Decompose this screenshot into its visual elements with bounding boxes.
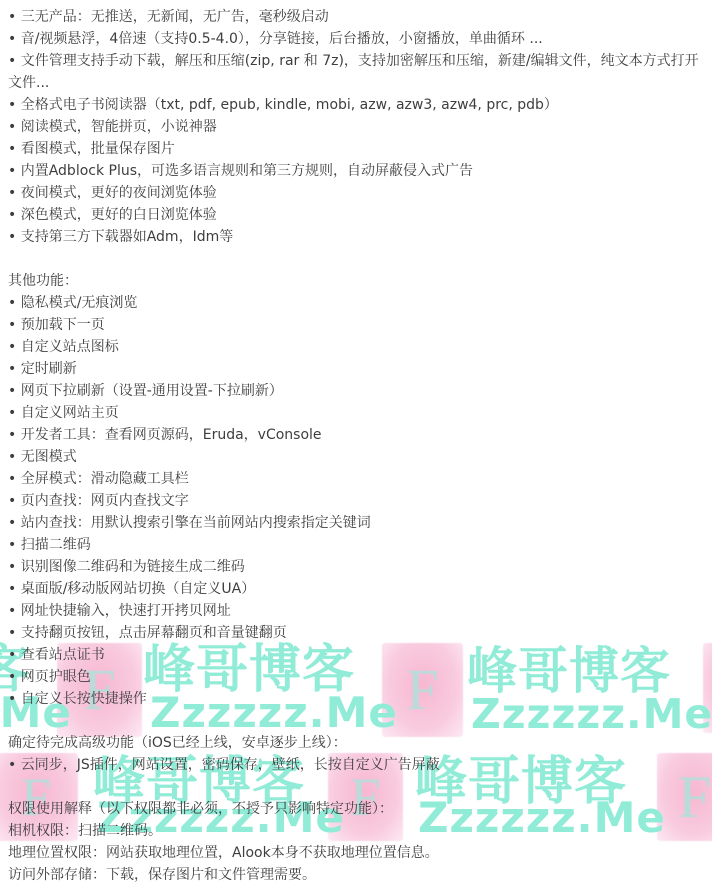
list-item-text: 查看站点证书 — [21, 647, 105, 663]
list-item-text: 扫描二维码 — [21, 537, 91, 553]
feature-list-document: • 三无产品：无推送，无新闻，无广告，毫秒级启动 • 音/视频悬浮，4倍速（支持… — [0, 0, 712, 884]
list-item-text: 文件管理支持手动下载，解压和压缩(zip, rar 和 7z)，支持加密解压和压… — [8, 53, 699, 91]
bullet-marker: • — [8, 383, 21, 399]
document-page: F F F F F F 峰哥博客峰哥博客峰哥博客峰哥博客峰哥博客Zzzzzz.M… — [0, 0, 712, 884]
list-item-text: 网页护眼色 — [21, 669, 91, 685]
list-item-text: 网页下拉刷新（设置-通用设置-下拉刷新） — [21, 383, 283, 399]
list-item-text: 内置Adblock Plus，可选多语言规则和第三方规则，自动屏蔽侵入式广告 — [21, 163, 473, 179]
list-item: • 全屏模式：滑动隐藏工具栏 — [8, 468, 706, 490]
list-item-text: 音/视频悬浮，4倍速（支持0.5-4.0），分享链接，后台播放，小窗播放，单曲循… — [21, 31, 543, 47]
bullet-marker: • — [8, 427, 21, 443]
list-item: • 自定义长按快捷操作 — [8, 688, 706, 710]
list-item: • 识别图像二维码和为链接生成二维码 — [8, 556, 706, 578]
list-item-text: 深色模式，更好的白日浏览体验 — [21, 207, 217, 223]
list-item: • 站内查找：用默认搜索引擎在当前网站内搜索指定关键词 — [8, 512, 706, 534]
list-item: • 桌面版/移动版网站切换（自定义UA） — [8, 578, 706, 600]
bullet-marker: • — [8, 559, 21, 575]
list-item: • 夜间模式，更好的夜间浏览体验 — [8, 182, 706, 204]
list-item: • 支持翻页按钮，点击屏幕翻页和音量键翻页 — [8, 622, 706, 644]
list-item: • 隐私模式/无痕浏览 — [8, 292, 706, 314]
list-item: • 开发者工具：查看网页源码，Eruda，vConsole — [8, 424, 706, 446]
list-item — [8, 248, 706, 270]
bullet-marker: • — [8, 339, 21, 355]
bullet-marker: • — [8, 53, 21, 69]
list-item: • 云同步，JS插件，网站设置，密码保存，壁纸，长按自定义广告屏蔽 — [8, 754, 706, 776]
list-item-text: 定时刷新 — [21, 361, 77, 377]
list-item-text: 页内查找：网页内查找文字 — [21, 493, 189, 509]
list-item-text: 自定义网站主页 — [21, 405, 119, 421]
list-item-text: 云同步，JS插件，网站设置，密码保存，壁纸，长按自定义广告屏蔽 — [21, 757, 440, 773]
list-item-text: 支持翻页按钮，点击屏幕翻页和音量键翻页 — [21, 625, 287, 641]
list-item-text: 权限使用解释（以下权限都非必须，不授予只影响特定功能）： — [8, 801, 393, 817]
bullet-marker: • — [8, 603, 21, 619]
list-item-text: 全格式电子书阅读器（txt, pdf, epub, kindle, mobi, … — [21, 97, 558, 113]
bullet-marker: • — [8, 669, 21, 685]
list-item: • 扫描二维码 — [8, 534, 706, 556]
list-item-text: 访问外部存储：下载，保存图片和文件管理需要。 — [8, 867, 316, 883]
list-item: 访问外部存储：下载，保存图片和文件管理需要。 — [8, 864, 706, 884]
list-item: • 深色模式，更好的白日浏览体验 — [8, 204, 706, 226]
list-item-text: 支持第三方下载器如Adm，Idm等 — [21, 229, 234, 245]
list-item: 确定待完成高级功能（iOS已经上线，安卓逐步上线）： — [8, 732, 706, 754]
bullet-marker: • — [8, 647, 21, 663]
list-item — [8, 710, 706, 732]
bullet-marker: • — [8, 163, 21, 179]
list-item: • 看图模式，批量保存图片 — [8, 138, 706, 160]
list-item-text: 看图模式，批量保存图片 — [21, 141, 175, 157]
bullet-marker: • — [8, 185, 21, 201]
bullet-marker: • — [8, 317, 21, 333]
list-item: • 查看站点证书 — [8, 644, 706, 666]
bullet-marker: • — [8, 515, 21, 531]
list-item: • 网页下拉刷新（设置-通用设置-下拉刷新） — [8, 380, 706, 402]
list-item: • 内置Adblock Plus，可选多语言规则和第三方规则，自动屏蔽侵入式广告 — [8, 160, 706, 182]
bullet-marker: • — [8, 493, 21, 509]
bullet-marker: • — [8, 361, 21, 377]
bullet-marker: • — [8, 537, 21, 553]
bullet-marker: • — [8, 31, 21, 47]
list-item: • 网页护眼色 — [8, 666, 706, 688]
list-item-text: 识别图像二维码和为链接生成二维码 — [21, 559, 245, 575]
list-item — [8, 776, 706, 798]
list-item-text: 预加载下一页 — [21, 317, 105, 333]
list-item: • 自定义站点图标 — [8, 336, 706, 358]
list-item: • 预加载下一页 — [8, 314, 706, 336]
list-item: • 阅读模式，智能拼页，小说神器 — [8, 116, 706, 138]
bullet-marker: • — [8, 471, 21, 487]
list-item-text: 其他功能： — [8, 273, 78, 289]
list-item-text: 阅读模式，智能拼页，小说神器 — [21, 119, 217, 135]
bullet-marker: • — [8, 625, 21, 641]
bullet-marker: • — [8, 757, 21, 773]
bullet-marker: • — [8, 449, 21, 465]
bullet-marker: • — [8, 119, 21, 135]
bullet-marker: • — [8, 141, 21, 157]
list-item-text: 自定义站点图标 — [21, 339, 119, 355]
list-item: • 三无产品：无推送，无新闻，无广告，毫秒级启动 — [8, 6, 706, 28]
bullet-marker: • — [8, 295, 21, 311]
list-item: 权限使用解释（以下权限都非必须，不授予只影响特定功能）： — [8, 798, 706, 820]
list-item: • 文件管理支持手动下载，解压和压缩(zip, rar 和 7z)，支持加密解压… — [8, 50, 706, 94]
list-item: • 页内查找：网页内查找文字 — [8, 490, 706, 512]
list-item: • 全格式电子书阅读器（txt, pdf, epub, kindle, mobi… — [8, 94, 706, 116]
bullet-marker: • — [8, 97, 21, 113]
list-item-text: 三无产品：无推送，无新闻，无广告，毫秒级启动 — [21, 9, 329, 25]
list-item-text: 桌面版/移动版网站切换（自定义UA） — [21, 581, 256, 597]
bullet-marker: • — [8, 405, 21, 421]
list-item: 地理位置权限：网站获取地理位置，Alook本身不获取地理位置信息。 — [8, 842, 706, 864]
list-item-text: 站内查找：用默认搜索引擎在当前网站内搜索指定关键词 — [21, 515, 371, 531]
list-item-text: 确定待完成高级功能（iOS已经上线，安卓逐步上线）： — [8, 735, 347, 751]
list-item: • 无图模式 — [8, 446, 706, 468]
list-item: 其他功能： — [8, 270, 706, 292]
list-item-text: 网址快捷输入，快速打开拷贝网址 — [21, 603, 231, 619]
list-item: • 定时刷新 — [8, 358, 706, 380]
bullet-marker: • — [8, 229, 21, 245]
list-item-text: 自定义长按快捷操作 — [21, 691, 147, 707]
list-item: • 支持第三方下载器如Adm，Idm等 — [8, 226, 706, 248]
list-item-text: 无图模式 — [21, 449, 77, 465]
bullet-marker: • — [8, 581, 21, 597]
list-item-text: 相机权限：扫描二维码。 — [8, 823, 162, 839]
list-item: • 网址快捷输入，快速打开拷贝网址 — [8, 600, 706, 622]
list-item-text: 全屏模式：滑动隐藏工具栏 — [21, 471, 189, 487]
list-item: 相机权限：扫描二维码。 — [8, 820, 706, 842]
list-item-text: 地理位置权限：网站获取地理位置，Alook本身不获取地理位置信息。 — [8, 845, 439, 861]
list-item: • 音/视频悬浮，4倍速（支持0.5-4.0），分享链接，后台播放，小窗播放，单… — [8, 28, 706, 50]
list-item-text: 夜间模式，更好的夜间浏览体验 — [21, 185, 217, 201]
bullet-marker: • — [8, 207, 21, 223]
bullet-marker: • — [8, 9, 21, 25]
list-item-text: 隐私模式/无痕浏览 — [21, 295, 138, 311]
bullet-marker: • — [8, 691, 21, 707]
list-item: • 自定义网站主页 — [8, 402, 706, 424]
list-item-text: 开发者工具：查看网页源码，Eruda，vConsole — [21, 427, 322, 443]
